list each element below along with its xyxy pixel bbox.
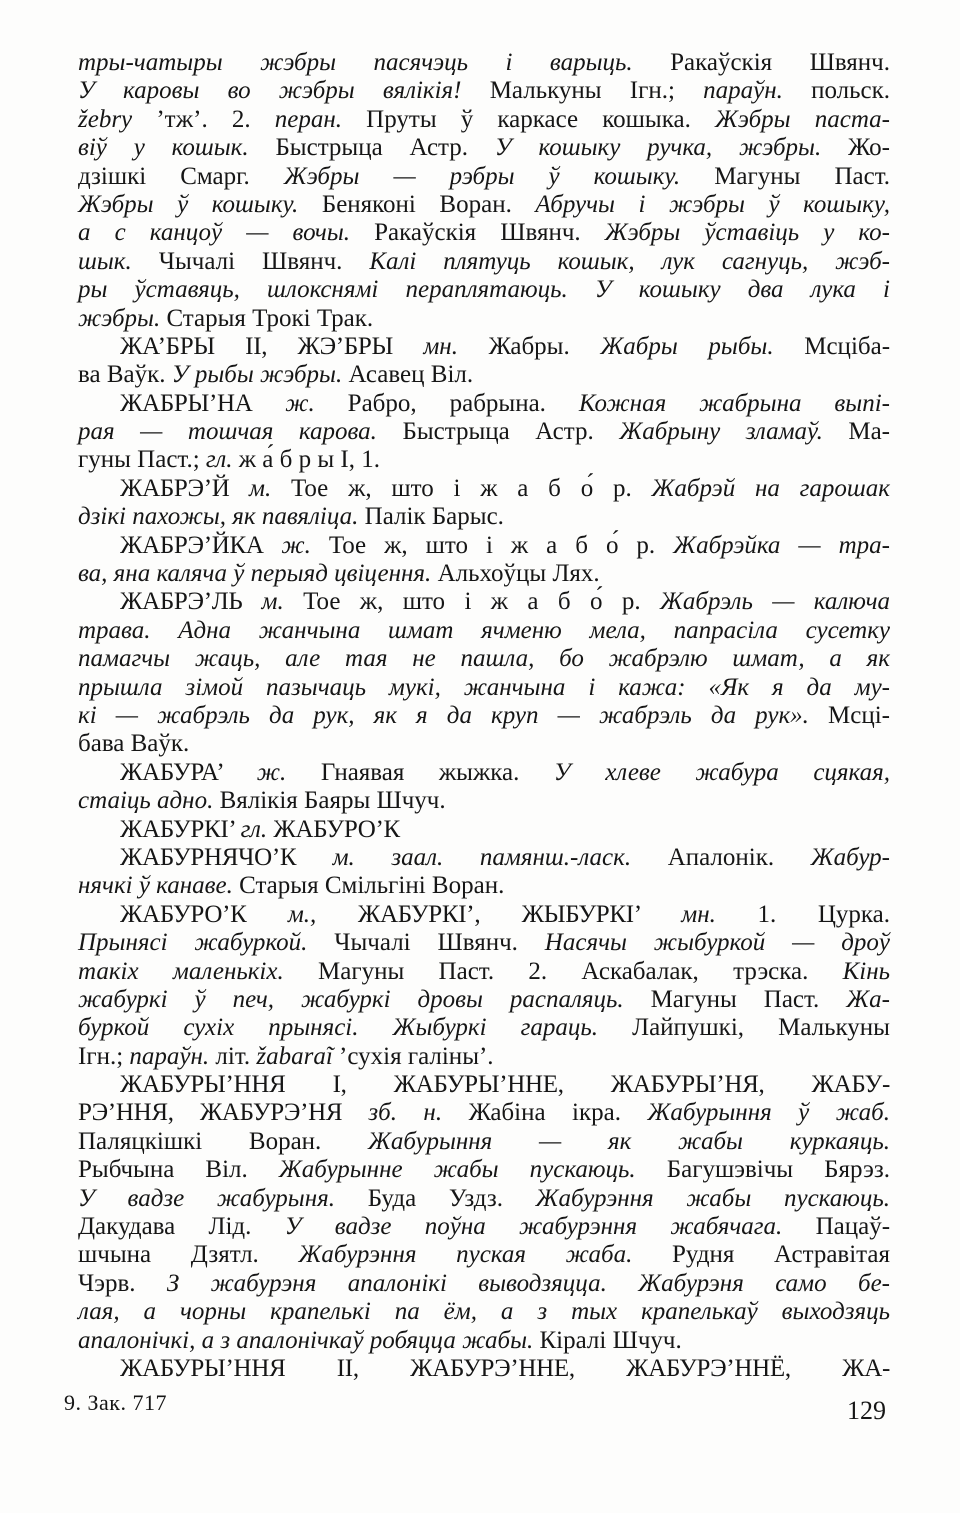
body-text: ’тж’. 2.	[156, 106, 274, 133]
body-text: Быстрыца Астр.	[275, 134, 494, 161]
italic-text: Жэбры ў кошыку.	[78, 191, 322, 218]
body-text: Рудня Астравітая	[672, 1241, 890, 1268]
italic-text: нячкі ў канаве.	[78, 872, 239, 899]
body-text: Паляцкішкі Воран.	[78, 1128, 368, 1155]
italic-text: прышла зімой пазычаць мукі, жанчына і ка…	[78, 674, 890, 701]
text-line: лая, а чорны крапелькі па ём, а з тых кр…	[78, 1298, 890, 1326]
headword-text: ЖАБУРНЯЧО’К	[120, 844, 333, 871]
italic-text: Калі плятуць кошык, лук сагнуць, жэб-	[369, 248, 890, 275]
text-line: буркой сухіх прынясі. Жыбуркі гараць. Ла…	[78, 1014, 890, 1042]
italic-text: мн.	[681, 901, 757, 928]
text-line: У вадзе жабурыня. Буда Уздз. Жабурэння ж…	[78, 1185, 890, 1213]
italic-text: У вадзе жабурыня.	[78, 1185, 368, 1212]
italic-text: ж.	[285, 390, 347, 417]
italic-text: рая — тошчая карова.	[78, 418, 402, 445]
body-text: Вялікія Баяры Шчуч.	[220, 787, 446, 814]
italic-text: ж.	[257, 759, 321, 786]
headword-text: ЖАБУРКІ’	[120, 816, 241, 843]
headword-text: ЖАБРЭ’ЙКА	[120, 532, 281, 559]
italic-text: Кінь	[843, 958, 890, 985]
text-line: Ігн.; параўн. літ. žabaraĩ ’сухія галіны…	[78, 1043, 890, 1071]
italic-text: ж.	[281, 532, 329, 559]
italic-text: тры-чатыры жэбры пасячэць і варыць.	[78, 49, 670, 76]
italic-text: Жабурэння жабы пускаюць.	[536, 1185, 890, 1212]
text-line: ЖАБРЭ’Й м. Тое ж, што і ж а б о́ р. Жабр…	[78, 475, 890, 503]
body-text: Мсціба-	[804, 333, 890, 360]
text-line: У каровы во жэбры вялікія! Малькуны Ігн.…	[78, 77, 890, 105]
italic-text: трава. Адна жанчына шмат ячменю мела, па…	[78, 617, 890, 644]
body-text: гуны Паст.;	[78, 446, 206, 473]
text-line: бава Ваўк.	[78, 730, 890, 758]
body-text: Лайпушкі, Малькуны	[632, 1014, 890, 1041]
text-line: Прынясі жабуркой. Чычалі Швянч. Насячы ж…	[78, 929, 890, 957]
headword-text: ЖА’БРЫ II, ЖЭ’БРЫ	[120, 333, 423, 360]
italic-text: буркой сухіх прынясі. Жыбуркі гараць.	[78, 1014, 632, 1041]
italic-text: Жабрэй на гарошак	[652, 475, 890, 502]
italic-text: параўн.	[703, 77, 811, 104]
text-line: нячкі ў канаве. Старыя Смільгіні Воран.	[78, 872, 890, 900]
page-number: 129	[847, 1396, 886, 1426]
text-line: Чэрв. З жабурэня апалонікі выводзяцца. Ж…	[78, 1270, 890, 1298]
body-text: Багушэвічы Бярэз.	[667, 1156, 890, 1183]
body-text: Асавец Віл.	[348, 361, 473, 388]
italic-text: ры ўставяць, шлокснямі пераплятаюць. У к…	[78, 276, 890, 303]
italic-text: кі — жабрэль да рук, як я да круп — жабр…	[78, 702, 828, 729]
text-line: тры-чатыры жэбры пасячэць і варыць. Рака…	[78, 49, 890, 77]
italic-text: шык.	[78, 248, 159, 275]
italic-text: Жэбры — рэбры ў кошыку.	[284, 163, 714, 190]
italic-text: перан.	[275, 106, 366, 133]
text-line: ЖАБУРКІ’ гл. ЖАБУРО’К	[78, 816, 890, 844]
text-line: віў у кошык. Быстрыца Астр. У кошыку руч…	[78, 134, 890, 162]
italic-text: зб. н.	[368, 1099, 468, 1126]
italic-text: У каровы во жэбры вялікія!	[78, 77, 490, 104]
body-text: Гнаявая жыжка.	[321, 759, 554, 786]
body-text: Жабіна ікра.	[469, 1099, 648, 1126]
body-text: шчына Дзятл.	[78, 1241, 298, 1268]
text-line: ЖАБУРЫ’ННЯ II, ЖАБУРЭ’ННЕ, ЖАБУРЭ’ННЁ, Ж…	[78, 1355, 890, 1383]
text-line: рая — тошчая карова. Быстрыца Астр. Жабр…	[78, 418, 890, 446]
body-text: Ма-	[848, 418, 890, 445]
dictionary-page: тры-чатыры жэбры пасячэць і варыць. Рака…	[0, 0, 960, 1513]
headword-text: ЖАБУРЫ’ННЯ II, ЖАБУРЭ’ННЕ, ЖАБУРЭ’ННЁ, Ж…	[120, 1355, 890, 1382]
italic-text: лая, а чорны крапелькі па ём, а з тых кр…	[78, 1298, 890, 1325]
body-text: 1. Цурка.	[757, 901, 890, 928]
body-text: Старыя Смільгіні Воран.	[239, 872, 504, 899]
body-text: Мсці-	[828, 702, 890, 729]
italic-text: апалонічкі, а з апалонічкаў робяцца жабы…	[78, 1327, 540, 1354]
headword-text: ЖАБУРА’	[120, 759, 257, 786]
italic-text: жэбры.	[78, 305, 166, 332]
text-line: шык. Чычалі Швянч. Калі плятуць кошык, л…	[78, 248, 890, 276]
text-line: РЭ’ННЯ, ЖАБУРЭ’НЯ зб. н. Жабіна ікра. Жа…	[78, 1099, 890, 1127]
body-text: Рыбчына Віл.	[78, 1156, 279, 1183]
text-line: ЖАБУРНЯЧО’К м. заал. памянш.-ласк. Апало…	[78, 844, 890, 872]
body-text: Ігн.;	[78, 1043, 129, 1070]
italic-text: м.	[262, 588, 304, 615]
body-text: Жабры.	[489, 333, 601, 360]
text-line: ва, яна каляча ў перыяд цвіцення. Альхоў…	[78, 560, 890, 588]
italic-text: ва, яна каляча ў перыяд цвіцення.	[78, 560, 438, 587]
headword-text: ЖАБРЫ’НА	[120, 390, 285, 417]
body-text: Тое ж, што і ж а б о́ р.	[291, 475, 652, 502]
body-text: Малькуны Ігн.;	[490, 77, 703, 104]
headword-text: ЖАБУРО’К	[120, 901, 288, 928]
text-line: ЖА’БРЫ II, ЖЭ’БРЫ мн. Жабры. Жабры рыбы.…	[78, 333, 890, 361]
italic-text: параўн.	[129, 1043, 215, 1070]
text-line: шчына Дзятл. Жабурэння пуская жаба. Рудн…	[78, 1241, 890, 1269]
italic-text: мн.	[423, 333, 488, 360]
headword-text: ЖАБУРЫ’ННЯ I, ЖАБУРЫ’ННЕ, ЖАБУРЫ’НЯ, ЖАБ…	[120, 1071, 890, 1098]
body-text: Пруты ў каркасе кошыка.	[366, 106, 715, 133]
text-line: а с канцоў — вочы. Ракаўскія Швянч. Жэбр…	[78, 219, 890, 247]
text-line: Рыбчына Віл. Жабурынне жабы пускаюць. Ба…	[78, 1156, 890, 1184]
headword-text: РЭ’ННЯ, ЖАБУРЭ’НЯ	[78, 1099, 368, 1126]
body-text: Быстрыца Астр.	[402, 418, 619, 445]
italic-text: У хлеве жабура сцякая,	[554, 759, 890, 786]
headword-text: ЖАБУРКІ’, ЖЫБУРКІ’	[358, 901, 681, 928]
body-text: Кіралі Шчуч.	[540, 1327, 682, 1354]
body-text: Рабро, рабрына.	[348, 390, 579, 417]
italic-text: žabaraĩ	[256, 1043, 339, 1070]
italic-text: м. заал. памянш.-ласк.	[333, 844, 668, 871]
text-line: трава. Адна жанчына шмат ячменю мела, па…	[78, 617, 890, 645]
text-line: ЖАБРЫ’НА ж. Рабро, рабрына. Кожная жабры…	[78, 390, 890, 418]
italic-text: Насячы жыбуркой — дроў	[545, 929, 890, 956]
italic-text: Жабрыну зламаў.	[619, 418, 848, 445]
text-line: памагчы жаць, але тая не пашла, бо жабрэ…	[78, 645, 890, 673]
body-text: Чычалі Швянч.	[159, 248, 370, 275]
italic-text: У вадзе поўна жабурэння жабячага.	[285, 1213, 816, 1240]
italic-text: Прынясі жабуркой.	[78, 929, 334, 956]
text-line: ЖАБУРЫ’ННЯ I, ЖАБУРЫ’ННЕ, ЖАБУРЫ’НЯ, ЖАБ…	[78, 1071, 890, 1099]
headword-text: ЖАБРЭ’Й	[120, 475, 249, 502]
body-text: Палік Барыс.	[365, 503, 504, 530]
text-line: Жэбры ў кошыку. Беняконі Воран. Абручы і…	[78, 191, 890, 219]
body-text: Чэрв.	[78, 1270, 167, 1297]
italic-text: а с канцоў — вочы.	[78, 219, 374, 246]
text-line: žebry ’тж’. 2. перан. Пруты ў каркасе ко…	[78, 106, 890, 134]
italic-text: Жабры рыбы.	[600, 333, 804, 360]
italic-text: памагчы жаць, але тая не пашла, бо жабрэ…	[78, 645, 890, 672]
italic-text: Жабур-	[811, 844, 890, 871]
text-line: прышла зімой пазычаць мукі, жанчына і ка…	[78, 674, 890, 702]
italic-text: Абручы і жэбры ў кошыку,	[535, 191, 890, 218]
body-text: Магуны Паст.	[651, 986, 847, 1013]
body-text: Жо-	[848, 134, 890, 161]
text-line: жабуркі ў печ, жабуркі дровы распаляць. …	[78, 986, 890, 1014]
text-line: апалонічкі, а з апалонічкаў робяцца жабы…	[78, 1327, 890, 1355]
body-text: Тое ж, што і ж а б о́ р.	[303, 588, 660, 615]
italic-text: жабуркі ў печ, жабуркі дровы распаляць.	[78, 986, 651, 1013]
italic-text: Жабрэль — калюча	[660, 588, 890, 615]
headword-text: ЖАБРЭ’ЛЬ	[120, 588, 262, 615]
body-text: Апалонік.	[668, 844, 811, 871]
body-text: Ракаўскія Швянч.	[670, 49, 890, 76]
text-line: гуны Паст.; гл. ж а́ б р ы I, 1.	[78, 446, 890, 474]
italic-text: žebry	[78, 106, 156, 133]
italic-text: Жэбры паста-	[715, 106, 890, 133]
text-line: ва Ваўк. У рыбы жэбры. Асавец Віл.	[78, 361, 890, 389]
body-text: літ.	[215, 1043, 256, 1070]
body-text: Магуны Паст. 2. Аскабалак, трэска.	[318, 958, 843, 985]
body-text: дзішкі Смарг.	[78, 163, 284, 190]
italic-text: такіх маленькіх.	[78, 958, 318, 985]
italic-text: Жабурынне жабы пускаюць.	[279, 1156, 667, 1183]
text-line: дзішкі Смарг. Жэбры — рэбры ў кошыку. Ма…	[78, 163, 890, 191]
italic-text: Жэбры ўставіць у ко-	[605, 219, 890, 246]
italic-text: віў у кошык.	[78, 134, 275, 161]
body-text: Пацаў-	[816, 1213, 890, 1240]
italic-text: У рыбы жэбры.	[172, 361, 349, 388]
body-text: ва Ваўк.	[78, 361, 172, 388]
text-line: ЖАБРЭ’ЛЬ м. Тое ж, што і ж а б о́ р. Жаб…	[78, 588, 890, 616]
text-line: ЖАБУРА’ ж. Гнаявая жыжка. У хлеве жабура…	[78, 759, 890, 787]
text-line: Дакудава Лід. У вадзе поўна жабурэння жа…	[78, 1213, 890, 1241]
body-text: Беняконі Воран.	[322, 191, 536, 218]
body-text: Старыя Трокі Трак.	[166, 305, 373, 332]
italic-text: Жа-	[846, 986, 890, 1013]
text-line: ЖАБРЭ’ЙКА ж. Тое ж, што і ж а б о́ р. Жа…	[78, 532, 890, 560]
body-text: Чычалі Швянч.	[334, 929, 545, 956]
text-line: дзікі пахожы, як павяліца. Палік Барыс.	[78, 503, 890, 531]
body-text: ’сухія галіны’.	[339, 1043, 494, 1070]
text-line: ЖАБУРО’К м., ЖАБУРКІ’, ЖЫБУРКІ’ мн. 1. Ц…	[78, 901, 890, 929]
body-text: Тое ж, што і ж а б о́ р.	[329, 532, 673, 559]
italic-text: Жабурыння ў жаб.	[647, 1099, 890, 1126]
italic-text: гл.	[241, 816, 274, 843]
text-line: кі — жабрэль да рук, як я да круп — жабр…	[78, 702, 890, 730]
italic-text: Кожная жабрына выпі-	[579, 390, 890, 417]
italic-text: гл.	[206, 446, 239, 473]
text-line: стаіць адно. Вялікія Баяры Шчуч.	[78, 787, 890, 815]
body-text: Ракаўскія Швянч.	[374, 219, 605, 246]
print-signature: 9. Зак. 717	[64, 1390, 167, 1416]
body-text: Дакудава Лід.	[78, 1213, 285, 1240]
text-line: ры ўставяць, шлокснямі пераплятаюць. У к…	[78, 276, 890, 304]
italic-text: м.	[249, 475, 291, 502]
body-text: Буда Уздз.	[368, 1185, 536, 1212]
body-text: польск.	[811, 77, 890, 104]
body-text: Магуны Паст.	[714, 163, 890, 190]
body-text: Альхоўцы Лях.	[438, 560, 600, 587]
body-text: бава Ваўк.	[78, 730, 189, 757]
text-line: Паляцкішкі Воран. Жабурыння — як жабы ку…	[78, 1128, 890, 1156]
italic-text: Жабурыння — як жабы куркаяць.	[368, 1128, 890, 1155]
italic-text: З жабурэня апалонікі выводзяцца. Жабурэн…	[167, 1270, 890, 1297]
italic-text: м.,	[288, 901, 358, 928]
italic-text: Жабурэння пуская жаба.	[298, 1241, 672, 1268]
body-text: ж а́ б р ы I, 1.	[239, 446, 380, 473]
text-line: жэбры. Старыя Трокі Трак.	[78, 305, 890, 333]
text-line: такіх маленькіх. Магуны Паст. 2. Аскабал…	[78, 958, 890, 986]
italic-text: У кошыку ручка, жэбры.	[495, 134, 848, 161]
italic-text: дзікі пахожы, як павяліца.	[78, 503, 365, 530]
italic-text: стаіць адно.	[78, 787, 220, 814]
text-block: тры-чатыры жэбры пасячэць і варыць. Рака…	[78, 49, 890, 1383]
headword-text: ЖАБУРО’К	[273, 816, 400, 843]
italic-text: Жабрэйка — тра-	[673, 532, 890, 559]
